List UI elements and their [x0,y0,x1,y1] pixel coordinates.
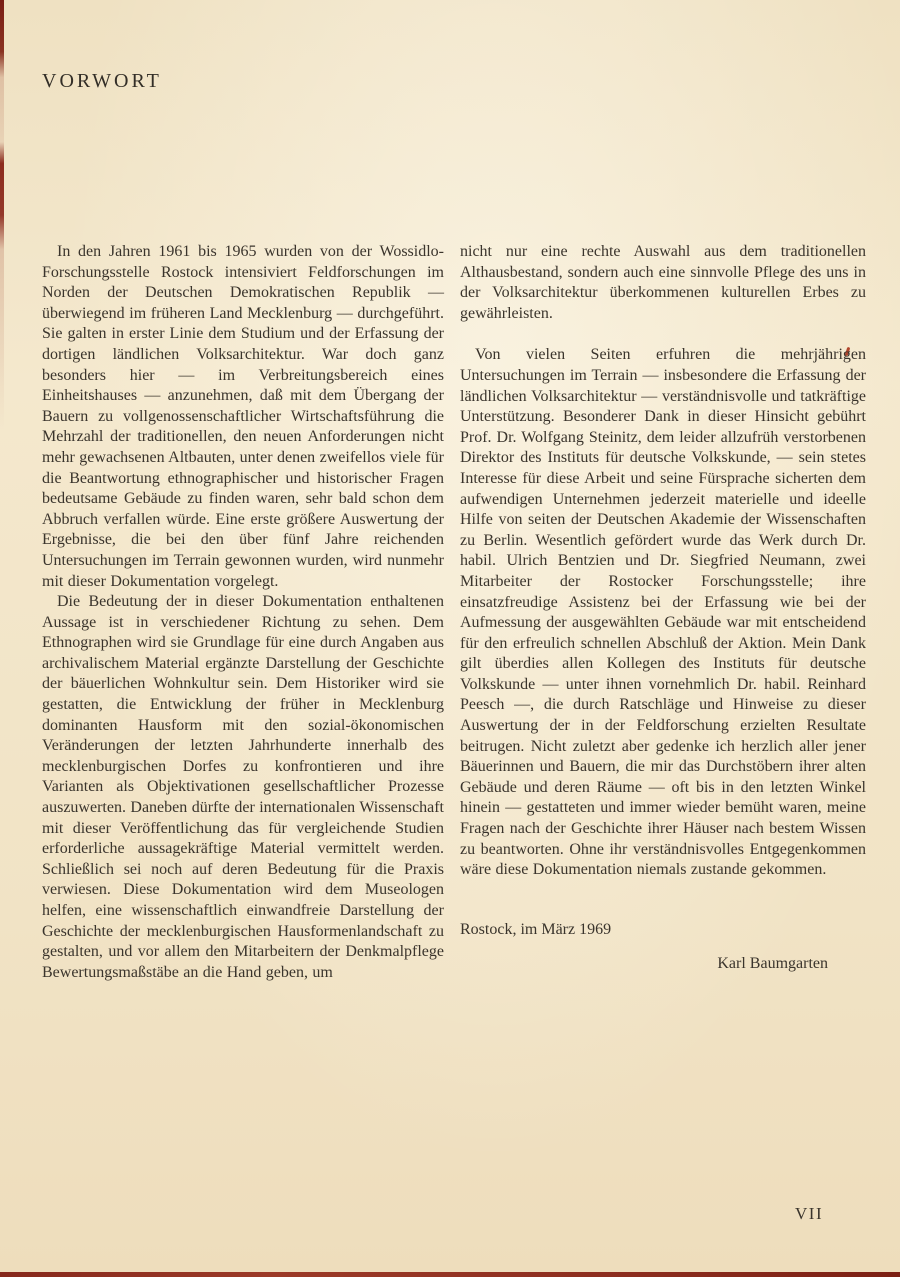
author-signature: Karl Baumgarten [460,955,866,973]
right-column: nicht nur eine rechte Auswahl aus dem tr… [460,242,866,983]
red-page-edge-bottom [0,1272,900,1277]
left-column: In den Jahren 1961 bis 1965 wurden von d… [42,242,444,983]
paragraph: In den Jahren 1961 bis 1965 wurden von d… [42,242,444,592]
page-number: VII [795,1204,823,1224]
paragraph: nicht nur eine rechte Auswahl aus dem tr… [460,242,866,324]
paragraph: Die Bedeutung der in dieser Dokumentatio… [42,592,444,983]
paragraph: Von vielen Seiten erfuhren die mehrjähri… [460,345,866,880]
red-page-edge-left [0,0,4,430]
dateline: Rostock, im März 1969 [460,921,866,939]
page-title: VORWORT [42,70,162,93]
text-columns: In den Jahren 1961 bis 1965 wurden von d… [42,242,866,983]
